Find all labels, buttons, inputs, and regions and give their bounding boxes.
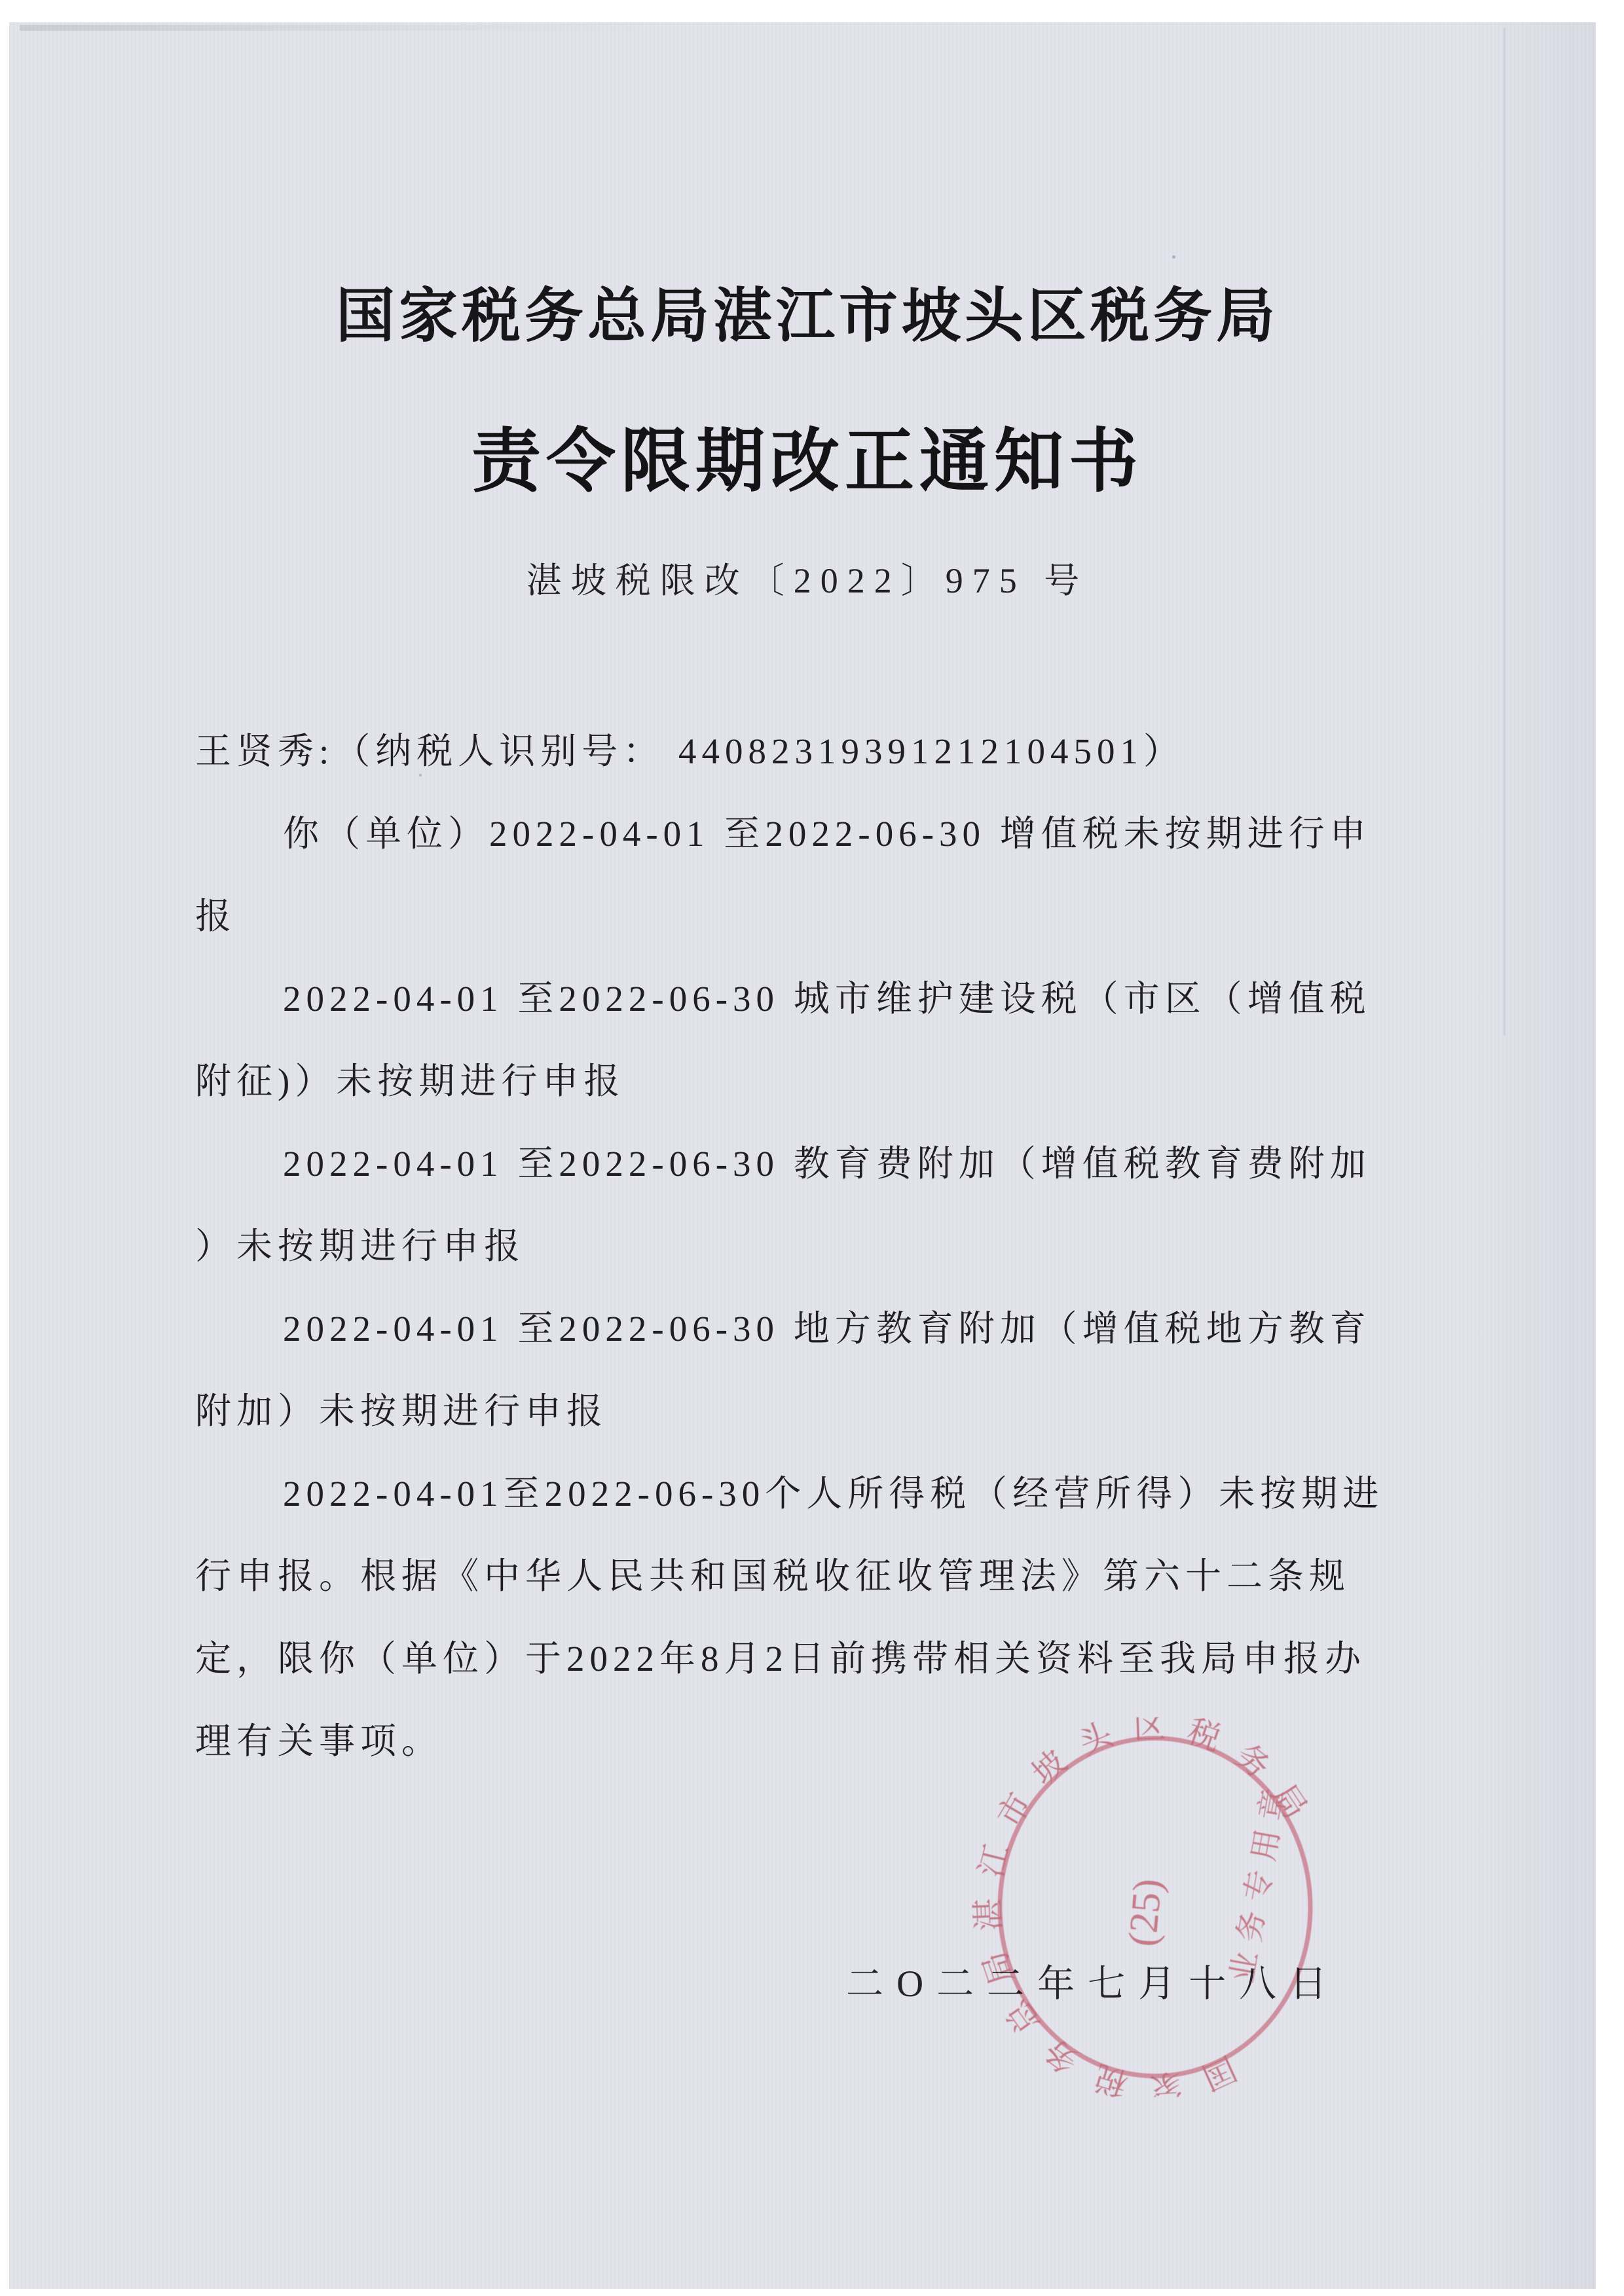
body-line-text: 你（单位）2022-04-01 至2022-06-30 增值税未按期进行申 — [283, 814, 1371, 854]
body-line-text: 2022-04-01 至2022-06-30 城市维护建设税（市区（增值税 — [283, 979, 1371, 1019]
body-line: ）未按期进行申报 — [195, 1227, 1459, 1309]
body-line-text: 理有关事项。 — [195, 1721, 443, 1761]
seal-center-number: (25) — [1120, 1877, 1171, 1948]
body-line: 2022-04-01 至2022-06-30 城市维护建设税（市区（增值税 — [195, 979, 1459, 1062]
body-text: 王贤秀:（纳税人识别号： 44082319391212104501）你（单位）2… — [195, 732, 1459, 1804]
body-line: 报 — [195, 897, 1459, 979]
seal-inner-text: 业务专用章 — [1225, 1786, 1293, 1986]
body-line-text: 2022-04-01 至2022-06-30 教育费附加（增值税教育费附加 — [283, 1144, 1371, 1184]
body-line: 2022-04-01 至2022-06-30 地方教育附加（增值税地方教育 — [195, 1309, 1459, 1392]
doc-number: 湛坡税限改〔2022〕975 号 — [0, 560, 1615, 601]
org-title: 国家税务总局湛江市坡头区税务局 — [0, 285, 1615, 348]
body-line: 你（单位）2022-04-01 至2022-06-30 增值税未按期进行申 — [195, 814, 1459, 897]
body-line-text: 2022-04-01 至2022-06-30 地方教育附加（增值税地方教育 — [283, 1309, 1371, 1349]
body-line-text: 行申报。根据《中华人民共和国税收征收管理法》第六十二条规 — [195, 1556, 1350, 1596]
scanned-page: { "page": { "paper_color": "#e3e3eb", "i… — [0, 0, 1624, 2296]
body-line: 王贤秀:（纳税人识别号： 44082319391212104501） — [195, 732, 1459, 814]
body-line: 2022-04-01 至2022-06-30 教育费附加（增值税教育费附加 — [195, 1144, 1459, 1227]
body-line-text: 定，限你（单位）于2022年8月2日前携带相关资料至我局申报办 — [195, 1639, 1366, 1679]
body-line: 附征)）未按期进行申报 — [195, 1062, 1459, 1144]
body-line: 行申报。根据《中华人民共和国税收征收管理法》第六十二条规 — [195, 1557, 1459, 1639]
body-line: 附加）未按期进行申报 — [195, 1392, 1459, 1474]
page-title: 责令限期改正通知书 — [0, 424, 1615, 500]
body-line-text: 附征)）未按期进行申报 — [195, 1061, 625, 1101]
body-line: 2022-04-01至2022-06-30个人所得税（经营所得）未按期进 — [195, 1474, 1459, 1557]
body-line-text: 2022-04-01至2022-06-30个人所得税（经营所得）未按期进 — [283, 1474, 1384, 1514]
body-line-text: 王贤秀:（纳税人识别号： 44082319391212104501） — [195, 731, 1185, 771]
body-line-text: 报 — [195, 896, 236, 936]
official-seal-stamp: 国家税务总局湛江市坡头区税务局 (25) 业务专用章 — [972, 1717, 1338, 2097]
body-line-text: 附加）未按期进行申报 — [195, 1391, 608, 1431]
body-line-text: ）未按期进行申报 — [195, 1226, 525, 1266]
body-line: 定，限你（单位）于2022年8月2日前携带相关资料至我局申报办 — [195, 1639, 1459, 1722]
